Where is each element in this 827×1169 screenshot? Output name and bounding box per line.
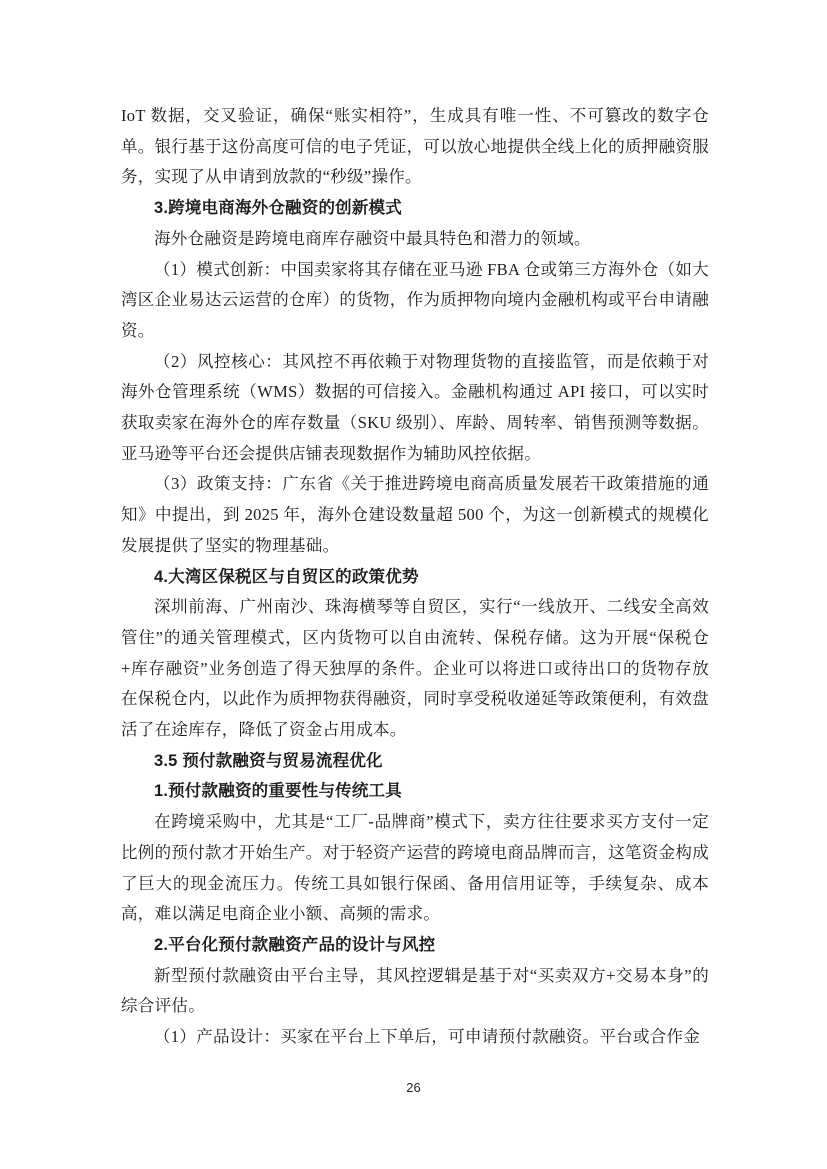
body-paragraph: （3）政策支持：广东省《关于推进跨境电商高质量发展若干政策措施的通知》中提出，到… [121,469,709,561]
body-paragraph: 在跨境采购中，尤其是“工厂-品牌商”模式下，卖方往往要求买方支付一定比例的预付款… [121,807,709,930]
section-heading: 2.平台化预付款融资产品的设计与风控 [121,930,709,961]
body-paragraph: 新型预付款融资由平台主导，其风控逻辑是基于对“买卖双方+交易本身”的综合评估。 [121,961,709,1022]
body-paragraph: 海外仓融资是跨境电商库存融资中最具特色和潜力的领域。 [121,224,709,255]
body-paragraph: （1）模式创新：中国卖家将其存储在亚马逊 FBA 仓或第三方海外仓（如大湾区企业… [121,255,709,347]
document-page: IoT 数据，交叉验证，确保“账实相符”，生成具有唯一性、不可篡改的数字仓单。银… [0,0,827,1169]
document-body: IoT 数据，交叉验证，确保“账实相符”，生成具有唯一性、不可篡改的数字仓单。银… [121,101,709,1053]
section-heading: 4.大湾区保税区与自贸区的政策优势 [121,562,709,593]
section-heading: 1.预付款融资的重要性与传统工具 [121,776,709,807]
body-paragraph: （1）产品设计：买家在平台上下单后，可申请预付款融资。平台或合作金 [121,1022,709,1053]
page-number: 26 [406,1080,420,1095]
section-heading: 3.跨境电商海外仓融资的创新模式 [121,193,709,224]
body-paragraph: （2）风控核心：其风控不再依赖于对物理货物的直接监管，而是依赖于对海外仓管理系统… [121,347,709,470]
page-footer: 26 [0,1080,827,1095]
body-paragraph: IoT 数据，交叉验证，确保“账实相符”，生成具有唯一性、不可篡改的数字仓单。银… [121,101,709,193]
section-heading: 3.5 预付款融资与贸易流程优化 [121,746,709,777]
body-paragraph: 深圳前海、广州南沙、珠海横琴等自贸区，实行“一线放开、二线安全高效管住”的通关管… [121,592,709,746]
